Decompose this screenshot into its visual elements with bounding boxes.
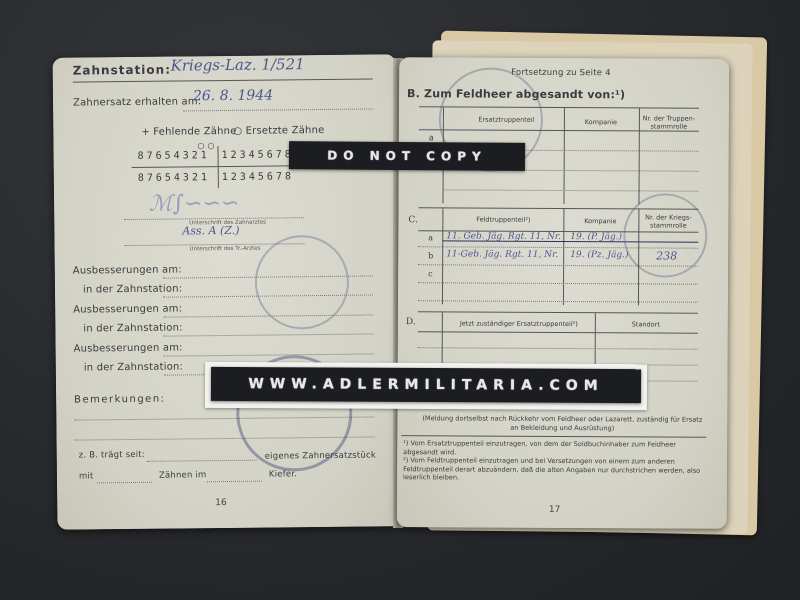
page-number-17: 17 [549, 505, 561, 515]
signature-dentist-value: Ass. A (Z.) [182, 224, 239, 238]
section-d-header-rule [418, 331, 698, 333]
teeth-in-label: Zähnen im [159, 470, 207, 480]
replaced-teeth-marks: ○○ [197, 141, 217, 150]
tooth-chart-divider [132, 165, 312, 168]
section-b-row-a: a [429, 133, 434, 142]
legend-replaced-teeth: ○ Ersetzte Zähne [233, 125, 324, 137]
repairs-2-line [163, 314, 373, 317]
row-line [418, 300, 698, 302]
footnote-2: ²) Vom Feldtruppenteil einzutragen und b… [403, 456, 703, 483]
repairs-2-station-line [163, 333, 373, 336]
repairs-2-label: Ausbesserungen am: [73, 303, 182, 315]
repairs-2-station-label: in der Zahnstation: [83, 322, 182, 334]
ink-stamp [623, 193, 707, 277]
signature-scribble: ℳ∫∽∽∽ [149, 191, 240, 217]
own-denture-label: eigenes Zahnersatzstück [265, 450, 376, 461]
denture-received-label: Zahnersatz erhalten am: [73, 96, 201, 108]
website-watermark: WWW.ADLERMILITARIA.COM [211, 367, 641, 403]
footnote-rule [401, 435, 706, 438]
section-d-letter: D. [406, 317, 416, 327]
left-page: Zahnstation: Kriegs-Laz. 1/521 Zahnersat… [53, 54, 401, 530]
repairs-3-station-label: in der Zahnstation: [84, 361, 183, 373]
section-d-col-replacement-unit: Jetzt zuständiger Ersatztruppenteil²) [444, 319, 594, 328]
dotted-line [183, 108, 373, 111]
continuation-header: Fortsetzung zu Seite 4 [511, 68, 611, 79]
right-page: Fortsetzung zu Seite 4 B. Zum Feldheer a… [397, 57, 729, 529]
teeth-upper-left: 87654321 [138, 150, 210, 162]
section-c-letter: C. [408, 215, 418, 225]
section-d-col-location: Standort [596, 320, 696, 329]
row-b-unit: 11-Geb. Jäg. Rgt. 11, Nr. [446, 249, 558, 260]
row-line [418, 282, 698, 284]
jaw-label: Kiefer. [269, 469, 297, 479]
repairs-1-label: Ausbesserungen am: [73, 264, 182, 276]
repairs-3-line [164, 353, 374, 356]
wears-since-label: z. B. trägt seit: [79, 450, 145, 461]
section-d-top-rule [418, 311, 698, 313]
tooth-chart-midline [217, 146, 218, 188]
remarks-label: Bemerkungen: [74, 394, 166, 406]
signature-regiment-label: Unterschrift des Tr.-Arztes [190, 246, 261, 253]
section-b-col-company: Kompanie [565, 118, 637, 126]
legend-missing-teeth: + Fehlende Zähne [141, 126, 236, 138]
section-c-vline [563, 209, 565, 305]
dental-station-value: Kriegs-Laz. 1/521 [171, 55, 305, 74]
teeth-lower-right: 12345678 [222, 171, 294, 183]
wears-since-line [147, 460, 257, 462]
jaw-line [207, 481, 262, 483]
footnote-1: ¹) Vom Ersatztruppenteil einzutragen, vo… [403, 439, 703, 458]
with-label: mit [79, 471, 94, 481]
teeth-lower-left: 87654321 [138, 172, 210, 184]
divider [73, 78, 373, 82]
repairs-3-label: Ausbesserungen am: [74, 342, 183, 354]
repairs-1-station-label: in der Zahnstation: [83, 283, 182, 295]
with-teeth-line [97, 482, 152, 484]
do-not-copy-watermark: DO NOT COPY [289, 141, 525, 171]
row-b-company: 19. (Pz. Jäg.) [570, 250, 628, 260]
reporting-note: (Meldung dortselbst nach Rückkehr vom Fe… [417, 414, 707, 433]
section-b-col-roll-number: Nr. der Truppen-stammrolle [639, 114, 699, 130]
section-c-vline [442, 208, 444, 304]
teeth-upper-right: 12345678 [222, 149, 294, 161]
dental-station-label: Zahnstation: [73, 63, 171, 78]
row-line [443, 189, 699, 191]
page-number-16: 16 [215, 498, 227, 508]
row-line [418, 347, 698, 349]
section-c-col-field-unit: Feldtruppenteil²) [444, 215, 562, 224]
denture-received-date: 26. 8. 1944 [193, 88, 273, 105]
